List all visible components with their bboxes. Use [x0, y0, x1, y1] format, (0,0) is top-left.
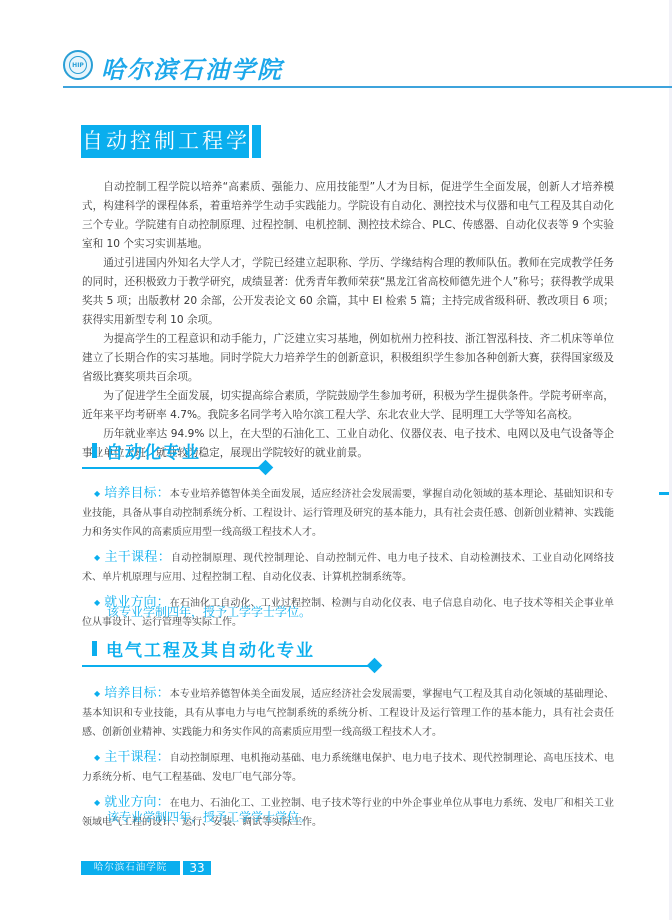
school-logo-icon: HIP: [63, 50, 93, 80]
section-title: 自动化专业: [106, 438, 201, 463]
intro-paragraph: 自动控制工程学院以培养“高素质、强能力、应用技能型”人才为目标，促进学生全面发展…: [82, 178, 614, 254]
section-bar-icon: [92, 443, 97, 458]
item-label: 培养目标：: [104, 686, 170, 701]
diamond-bullet-icon: ◆: [94, 753, 100, 762]
degree-note: 该专业学制四年，授予工学学士学位。: [107, 808, 311, 825]
degree-note: 该专业学制四年，授予工学学士学位。: [107, 603, 311, 620]
list-item: ◆培养目标：本专业培养德智体美全面发展，适应经济社会发展需要，掌握电气工程及其自…: [82, 684, 614, 742]
banner-tab-decoration: [252, 125, 261, 158]
diamond-bullet-icon: ◆: [94, 798, 100, 807]
diamond-bullet-icon: ◆: [94, 489, 100, 498]
diamond-bullet-icon: ◆: [94, 689, 100, 698]
logo-emblem: HIP: [69, 56, 87, 74]
header-divider: [63, 86, 672, 88]
college-banner: 自动控制工程学院: [81, 125, 249, 158]
intro-paragraph: 为提高学生的工程意识和动手能力，广泛建立实习基地，例如杭州力控科技、浙江智泓科技…: [82, 330, 614, 387]
page-header: HIP 哈尔滨石油学院: [63, 44, 672, 88]
section-title: 电气工程及其自动化专业: [106, 636, 315, 661]
intro-paragraph: 通过引进国内外知名大学人才，学院已经建立起职称、学历、学缘结构合理的教师队伍。教…: [82, 254, 614, 330]
footer-school-label: 哈尔滨石油学院: [81, 861, 180, 875]
section-underline: [82, 467, 262, 469]
diamond-bullet-icon: ◆: [94, 553, 100, 562]
section-underline: [82, 665, 372, 667]
diamond-icon: [367, 658, 383, 674]
item-label: 主干课程：: [104, 550, 171, 565]
college-title: 自动控制工程学院: [81, 125, 251, 158]
list-item: ◆培养目标：本专业培养德智体美全面发展，适应经济社会发展需要，掌握自动化领域的基…: [82, 484, 614, 542]
item-label: 培养目标：: [104, 486, 170, 501]
page-number: 33: [183, 861, 211, 875]
diamond-bullet-icon: ◆: [94, 598, 100, 607]
list-item: ◆主干课程：自动控制原理、电机拖动基础、电力系统继电保护、电力电子技术、现代控制…: [82, 748, 614, 787]
college-intro: 自动控制工程学院以培养“高素质、强能力、应用技能型”人才为目标，促进学生全面发展…: [82, 178, 614, 463]
item-label: 主干课程：: [104, 750, 170, 765]
side-tab-marker: [659, 492, 669, 495]
list-item: ◆主干课程：自动控制原理、现代控制理论、自动控制元件、电力电子技术、自动检测技术…: [82, 548, 614, 587]
diamond-icon: [258, 460, 274, 476]
section-bar-icon: [92, 641, 97, 656]
school-name: 哈尔滨石油学院: [101, 50, 283, 85]
section-header-electrical: 电气工程及其自动化专业: [82, 636, 382, 666]
intro-paragraph: 为了促进学生全面发展，切实提高综合素质，学院鼓励学生参加考研，积极为学生提供条件…: [82, 387, 614, 425]
section-header-automation: 自动化专业: [82, 438, 382, 468]
